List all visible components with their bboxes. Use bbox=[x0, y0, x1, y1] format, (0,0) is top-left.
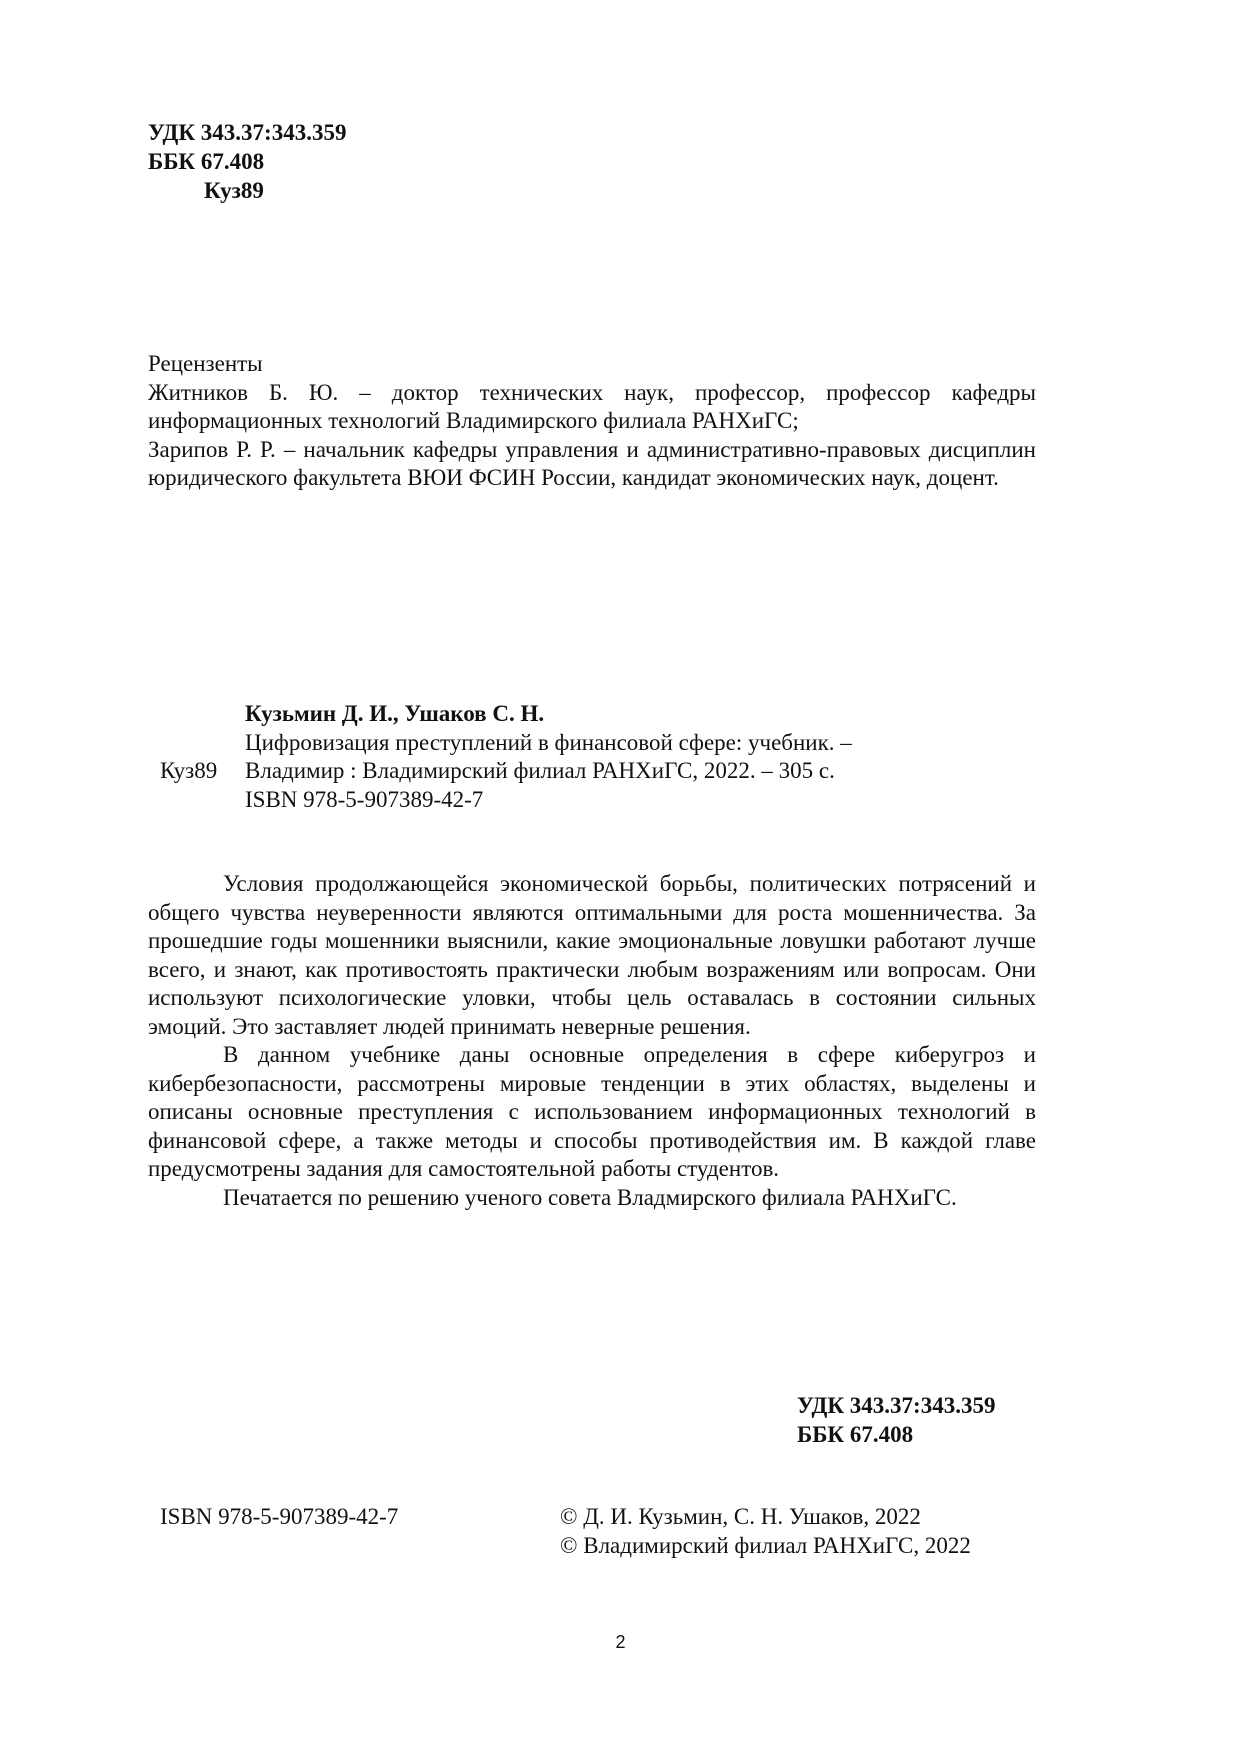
classification-block: УДК 343.37:343.359 ББК 67.408 Куз89 bbox=[148, 118, 346, 205]
reviewer-item: Житников Б. Ю. – доктор технических наук… bbox=[148, 379, 1036, 436]
udk-code: УДК 343.37:343.359 bbox=[148, 118, 346, 147]
abstract-paragraph: Условия продолжающейся экономической бор… bbox=[148, 870, 1036, 1041]
author-mark: Куз89 bbox=[148, 176, 346, 205]
biblio-title: Цифровизация преступлений в финансовой с… bbox=[245, 729, 1036, 758]
udk-code: УДК 343.37:343.359 bbox=[797, 1392, 995, 1421]
reviewers-heading: Рецензенты bbox=[148, 350, 1036, 379]
biblio-authors: Кузьмин Д. И., Ушаков С. Н. bbox=[245, 700, 1036, 729]
bibliographic-record: Кузьмин Д. И., Ушаков С. Н. Цифровизация… bbox=[148, 700, 1036, 814]
abstract-section: Условия продолжающейся экономической бор… bbox=[148, 870, 1036, 1212]
abstract-paragraph: Печатается по решению ученого совета Вла… bbox=[148, 1184, 1036, 1213]
biblio-isbn: ISBN 978-5-907389-42-7 bbox=[245, 786, 1036, 815]
page-number: 2 bbox=[0, 1632, 1241, 1653]
bbk-code: ББК 67.408 bbox=[148, 147, 346, 176]
abstract-paragraph: В данном учебнике даны основные определе… bbox=[148, 1041, 1036, 1184]
copyright-line: © Д. И. Кузьмин, С. Н. Ушаков, 2022 bbox=[560, 1503, 971, 1532]
imprint-isbn: ISBN 978-5-907389-42-7 bbox=[160, 1503, 398, 1532]
bbk-code: ББК 67.408 bbox=[797, 1421, 995, 1450]
copyright-line: © Владимирский филиал РАНХиГС, 2022 bbox=[560, 1532, 971, 1561]
copyright-block: © Д. И. Кузьмин, С. Н. Ушаков, 2022 © Вл… bbox=[560, 1503, 971, 1560]
reviewers-section: Рецензенты Житников Б. Ю. – доктор техни… bbox=[148, 350, 1036, 493]
biblio-author-mark: Куз89 bbox=[148, 757, 245, 786]
biblio-publisher: Владимир : Владимирский филиал РАНХиГС, … bbox=[245, 757, 1036, 786]
bottom-classification-block: УДК 343.37:343.359 ББК 67.408 bbox=[797, 1392, 995, 1449]
reviewer-item: Зарипов Р. Р. – начальник кафедры управл… bbox=[148, 436, 1036, 493]
